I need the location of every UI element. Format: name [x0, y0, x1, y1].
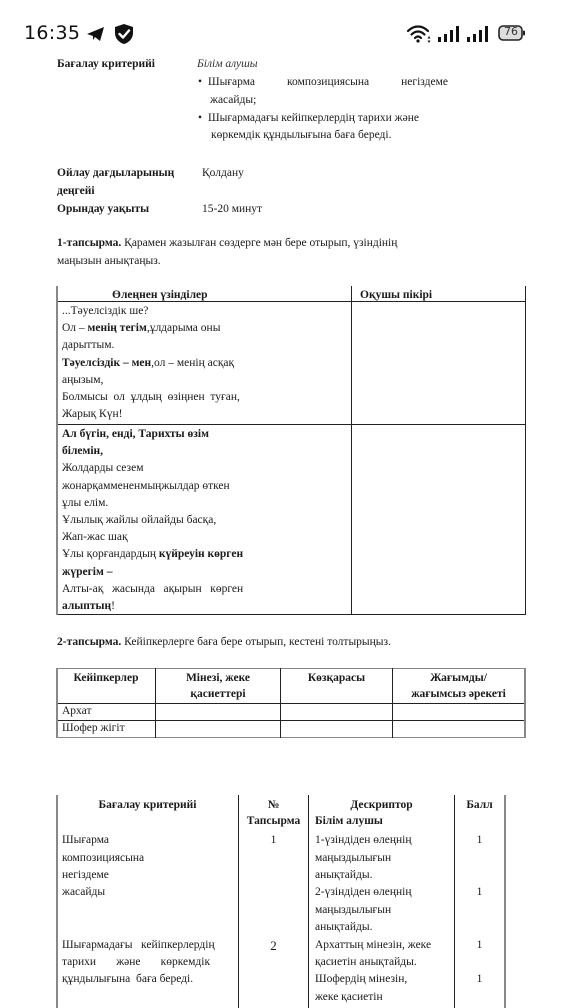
descriptor-text: Архаттың мінезін, жеке	[315, 937, 431, 955]
shield-check-icon	[114, 23, 134, 45]
signal-icon	[437, 25, 459, 43]
table-border	[56, 286, 58, 615]
view-input-cell[interactable]	[281, 704, 392, 720]
actions-input-cell[interactable]	[393, 704, 524, 720]
task-number: 1	[239, 832, 308, 850]
poem-line: Жарық Күн!	[62, 406, 272, 423]
excerpt-cell-2: Ал бүгін, енді, Тарихты өзімбілемін,Жолд…	[62, 426, 272, 615]
poem-line: Алты-ақ жасында ақырын көрген	[62, 581, 272, 598]
poem-line: Ұлылық жайлы ойлайды басқа,	[62, 512, 272, 529]
task2-title: 2-тапсырма. Кейіпкерлерге баға бере отыр…	[57, 634, 391, 652]
status-bar: 16:35 76	[0, 0, 562, 62]
descriptor-text: жеке қасиетін	[315, 989, 383, 1007]
poem-line: Ол – менің тегім,ұлдарыма оны	[62, 320, 272, 337]
descriptor-text: анықтайды.	[315, 919, 372, 937]
score-value: 1	[455, 937, 504, 955]
poem-line: Ұлы қорғандардың күйреуін көрген	[62, 546, 272, 563]
learner-label: Білім алушы	[197, 56, 258, 74]
time-value: 15-20 минут	[202, 201, 262, 219]
clock: 16:35	[24, 22, 80, 44]
table-border	[524, 668, 526, 738]
poem-line: алыптың!	[62, 598, 272, 615]
table-border	[504, 795, 506, 1008]
poem-line: Жолдарды сезем	[62, 460, 272, 477]
poem-line: Жап-жас шақ	[62, 529, 272, 546]
task1-title-line2: маңызын анықтаңыз.	[57, 253, 161, 271]
column-header-criteria: Бағалау критерийі	[57, 797, 238, 815]
poem-line: ұлы елім.	[62, 495, 272, 512]
telegram-icon	[86, 26, 106, 42]
bullet-dot: •	[198, 110, 202, 128]
column-header-view: Көзқарасы	[281, 670, 392, 688]
column-header-descriptor: Дескриптор	[309, 797, 454, 815]
criteria-text: негіздеме	[62, 867, 109, 885]
poem-line: дарыттым.	[62, 337, 272, 354]
column-header-task-no: №	[239, 797, 308, 815]
wifi-icon	[406, 24, 432, 44]
poem-line: Ал бүгін, енді, Тарихты өзім	[62, 426, 272, 443]
column-header-task-no-2: Тапсырма	[239, 813, 308, 831]
descriptor-text: 1-үзіндіден өлеңнің	[315, 832, 412, 850]
descriptor-text: қасиетін анықтайды.	[315, 954, 417, 972]
criteria-text: Шығармадағы кейіпкерлердің	[62, 937, 234, 955]
column-header-actions-2: жағымсыз әрекеті	[393, 686, 524, 704]
battery-level: 76	[500, 25, 522, 38]
poem-line: Болмысы ол ұлдың өзіңнен туған,	[62, 389, 272, 406]
column-header-descriptor-sub: Білім алушы	[315, 813, 383, 831]
table-rule	[57, 668, 526, 669]
column-header-excerpts: Өлеңнен үзінділер	[112, 287, 208, 305]
poem-line: жүрегім –	[62, 564, 272, 581]
criteria-label: Бағалау критерийі	[57, 56, 155, 74]
bullet-2-line-2: көркемдік құндылығына баға береді.	[211, 127, 391, 145]
traits-input-cell[interactable]	[156, 721, 280, 737]
opinion-cell-2[interactable]	[352, 425, 525, 614]
descriptor-text: маңыздылығын	[315, 850, 391, 868]
table-rule	[57, 737, 526, 738]
criteria-text: Шығарма	[62, 832, 109, 850]
poem-line: білемін,	[62, 443, 272, 460]
table-border	[56, 795, 58, 1008]
opinion-cell-1[interactable]	[352, 302, 525, 424]
character-name: Архат	[62, 703, 92, 721]
poem-line: жонарқаммененмыңжылдар өткен	[62, 478, 272, 495]
column-header-traits-2: қасиеттері	[156, 686, 280, 704]
column-header-traits: Мінезі, жеке	[156, 670, 280, 688]
view-input-cell[interactable]	[281, 721, 392, 737]
descriptor-text: Шофердің мінезін,	[315, 971, 407, 989]
descriptor-text: 2-үзіндіден өлеңнің	[315, 884, 412, 902]
excerpt-cell-1: ...Тәуелсіздік ше?Ол – менің тегім,ұлдар…	[62, 303, 272, 423]
criteria-text: құндылығына баға береді.	[62, 971, 193, 989]
bullet-1-line-2: жасайды;	[210, 92, 256, 110]
criteria-text: тарихи және көркемдік	[62, 954, 234, 972]
bullet-dot: •	[198, 74, 202, 92]
thinking-level-label: Ойлау дағдыларының	[57, 165, 174, 183]
bullet-1-line-1: Шығарма композициясына негіздеме	[208, 74, 448, 92]
descriptor-text: анықтайды.	[315, 867, 372, 885]
character-name: Шофер жігіт	[62, 720, 125, 738]
actions-input-cell[interactable]	[393, 721, 524, 737]
traits-input-cell[interactable]	[156, 704, 280, 720]
thinking-level-value: Қолдану	[202, 165, 244, 183]
column-header-actions: Жағымды/	[393, 670, 524, 688]
poem-line: аңызым,	[62, 372, 272, 389]
poem-line: Тәуелсіздік – мен,ол – менің асқақ	[62, 355, 272, 372]
score-value: 1	[455, 884, 504, 902]
time-label: Орындау уақыты	[57, 201, 149, 219]
table-border	[525, 286, 526, 615]
score-value: 1	[455, 971, 504, 989]
column-header-characters: Кейіпкерлер	[57, 670, 155, 688]
signal-icon	[466, 25, 488, 43]
thinking-level-label-2: деңгейі	[57, 183, 95, 201]
poem-line: ...Тәуелсіздік ше?	[62, 303, 272, 320]
task1-title: 1-тапсырма. Қарамен жазылған сөздерге мә…	[57, 235, 397, 253]
column-header-score: Балл	[455, 797, 504, 815]
bullet-2-line-1: Шығармадағы кейіпкерлердің тарихи және	[208, 110, 419, 128]
score-value: 1	[455, 832, 504, 850]
task-number: 2	[239, 937, 308, 955]
table-border	[308, 795, 309, 1008]
descriptor-text: маңыздылығын	[315, 902, 391, 920]
criteria-text: жасайды	[62, 884, 105, 902]
criteria-text: композициясына	[62, 850, 144, 868]
